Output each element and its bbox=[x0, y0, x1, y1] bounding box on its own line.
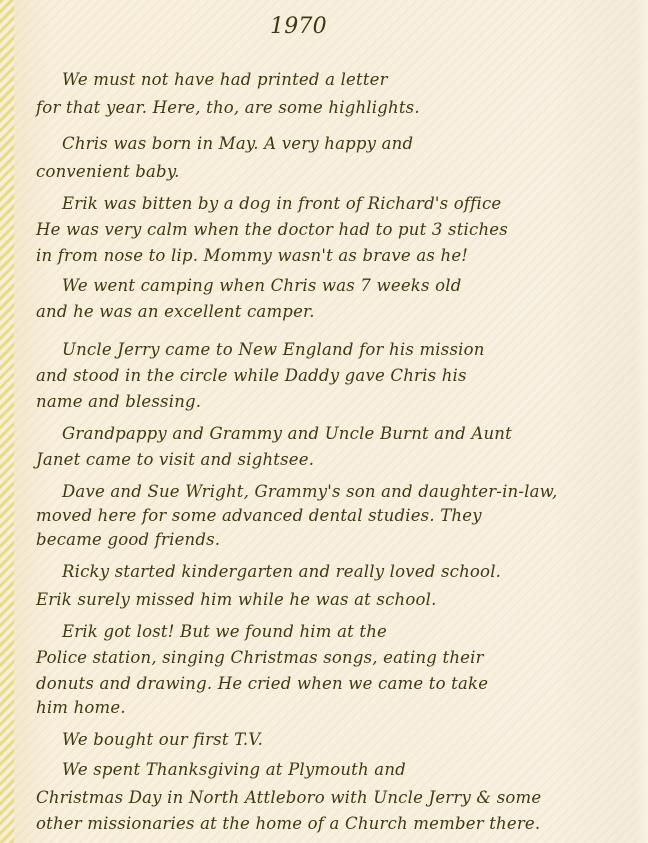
text-line: Police station, singing Christmas songs,… bbox=[36, 648, 484, 667]
text-line: We went camping when Chris was 7 weeks o… bbox=[62, 276, 461, 295]
text-line: We must not have had printed a letter bbox=[62, 70, 388, 89]
text-line: for that year. Here, tho, are some highl… bbox=[36, 98, 420, 117]
text-line: moved here for some advanced dental stud… bbox=[36, 506, 482, 525]
text-line: Christmas Day in North Attleboro with Un… bbox=[36, 788, 541, 807]
text-line: He was very calm when the doctor had to … bbox=[36, 220, 508, 239]
text-line: became good friends. bbox=[36, 530, 220, 549]
handwritten-letter-page: 1970 We must not have had printed a lett… bbox=[0, 0, 648, 843]
text-line: Grandpappy and Grammy and Uncle Burnt an… bbox=[62, 424, 512, 443]
year-heading: 1970 bbox=[270, 14, 327, 39]
text-line: Ricky started kindergarten and really lo… bbox=[62, 562, 501, 581]
paper-right-edge bbox=[634, 0, 648, 843]
text-line: him home. bbox=[36, 698, 126, 717]
text-line: Dave and Sue Wright, Grammy's son and da… bbox=[62, 482, 558, 501]
text-line: Erik got lost! But we found him at the bbox=[62, 622, 387, 641]
text-line: Erik was bitten by a dog in front of Ric… bbox=[62, 194, 501, 213]
text-line: donuts and drawing. He cried when we cam… bbox=[36, 674, 488, 693]
text-line: Erik surely missed him while he was at s… bbox=[36, 590, 437, 609]
text-line: Janet came to visit and sightsee. bbox=[36, 450, 314, 469]
text-line: Uncle Jerry came to New England for his … bbox=[62, 340, 485, 359]
text-line: name and blessing. bbox=[36, 392, 201, 411]
text-line: convenient baby. bbox=[36, 162, 180, 181]
text-line: and he was an excellent camper. bbox=[36, 302, 315, 321]
text-line: in from nose to lip. Mommy wasn't as bra… bbox=[36, 246, 468, 265]
paper-left-edge bbox=[0, 0, 14, 843]
text-line: other missionaries at the home of a Chur… bbox=[36, 814, 540, 833]
text-line: We bought our first T.V. bbox=[62, 730, 263, 749]
text-line: and stood in the circle while Daddy gave… bbox=[36, 366, 467, 385]
text-line: Chris was born in May. A very happy and bbox=[62, 134, 413, 153]
text-line: We spent Thanksgiving at Plymouth and bbox=[62, 760, 406, 779]
